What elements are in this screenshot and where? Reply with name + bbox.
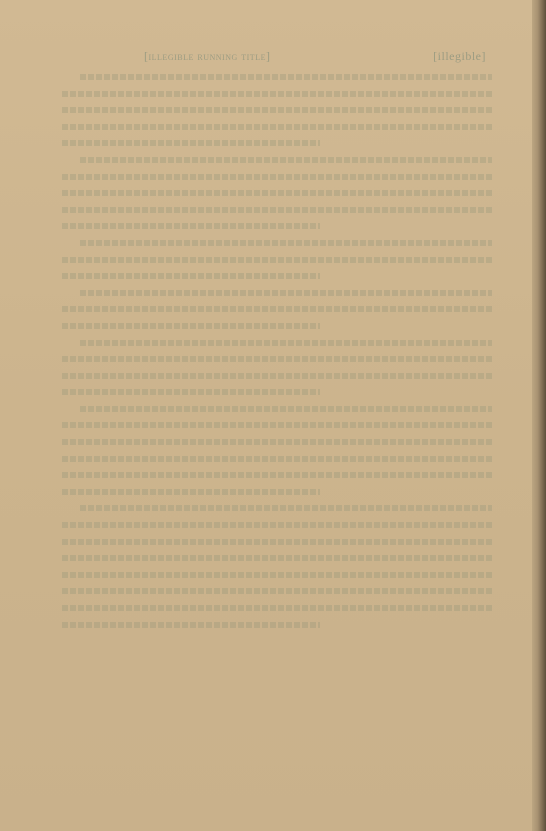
text-line (62, 416, 492, 433)
text-line (62, 483, 320, 500)
text-line (62, 549, 492, 566)
text-line (62, 251, 492, 268)
text-line (62, 184, 492, 201)
page-number: [illegible] (433, 49, 486, 64)
text-line (62, 533, 492, 550)
text-line (62, 383, 320, 400)
text-line (62, 599, 492, 616)
running-header: [illegible running title] [illegible] (62, 49, 512, 65)
text-line (62, 616, 320, 633)
text-line (62, 85, 492, 102)
text-line (80, 334, 492, 351)
text-line (62, 367, 492, 384)
text-line (62, 101, 492, 118)
text-line (80, 400, 492, 417)
text-line (62, 450, 492, 467)
text-line (62, 582, 492, 599)
text-line (62, 118, 492, 135)
text-line (62, 433, 492, 450)
text-line (62, 168, 492, 185)
book-page: [illegible running title] [illegible] (0, 0, 532, 831)
text-line (62, 217, 320, 234)
text-line (80, 68, 492, 85)
text-line (62, 317, 320, 334)
page-edge (532, 0, 546, 831)
text-line (62, 267, 320, 284)
text-line (62, 201, 492, 218)
text-line (80, 234, 492, 251)
text-line (80, 284, 492, 301)
text-line (80, 499, 492, 516)
text-line (62, 516, 492, 533)
text-line (62, 350, 492, 367)
body-text (62, 68, 492, 632)
text-line (62, 300, 492, 317)
text-line (62, 134, 320, 151)
running-title: [illegible running title] (144, 49, 270, 64)
text-line (62, 466, 492, 483)
text-line (80, 151, 492, 168)
text-line (62, 566, 492, 583)
